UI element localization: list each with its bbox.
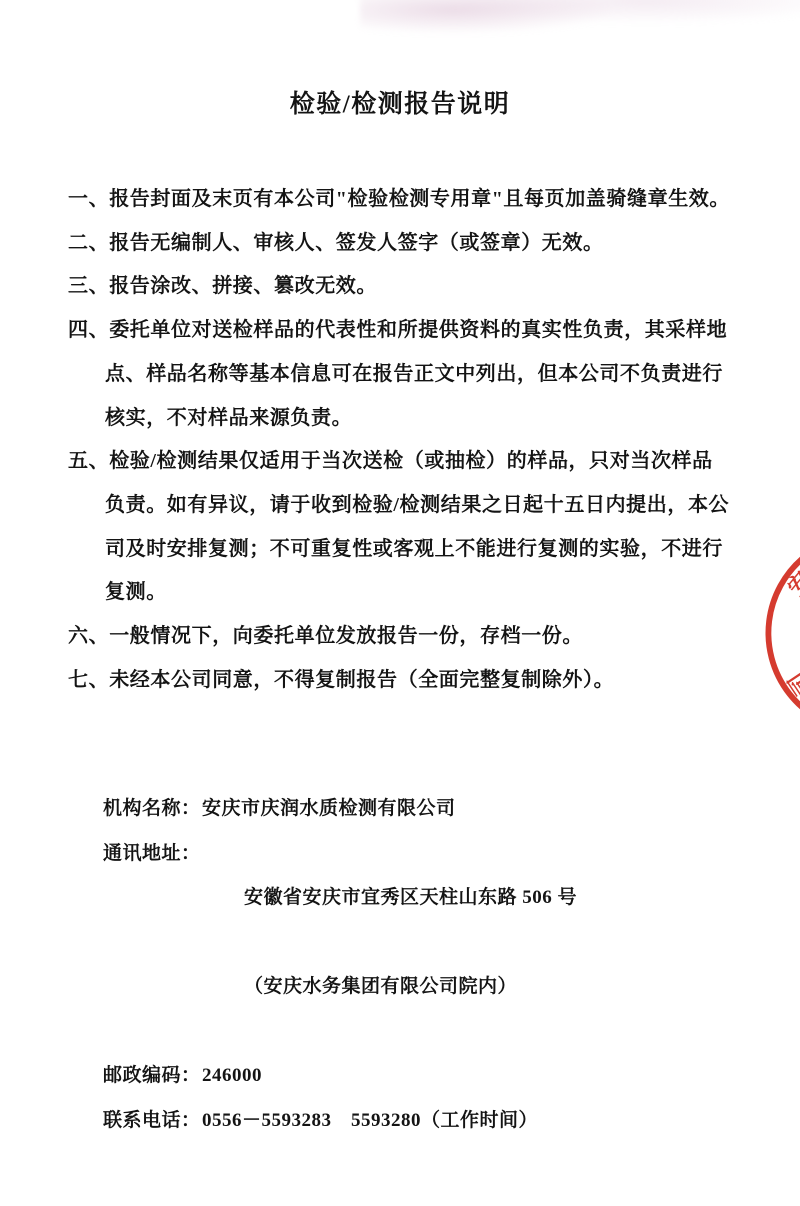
item-number: 一、 [68, 188, 109, 210]
item-text: 报告封面及末页有本公司"检验检测专用章"且每页加盖骑缝章生效。 [109, 188, 730, 210]
item-number: 二、 [68, 232, 109, 254]
item-number: 七、 [68, 669, 109, 691]
list-item: 六、一般情况下，向委托单位发放报告一份，存档一份。 [68, 615, 730, 659]
contact-label: 通讯地址： [103, 832, 202, 877]
contact-section: 机构名称： 安庆市庆润水质检测有限公司 通讯地址： 安徽省安庆市宜秀区天柱山东路… [103, 787, 577, 1143]
contact-value: 安庆市庆润水质检测有限公司 [202, 787, 456, 832]
contact-label: 机构名称： [103, 787, 202, 832]
contact-label: 联系电话： [103, 1099, 202, 1144]
report-notes-page: 检验/检测报告说明 一、报告封面及末页有本公司"检验检测专用章"且每页加盖骑缝章… [0, 0, 800, 1206]
contact-row-org-name: 机构名称： 安庆市庆润水质检测有限公司 [103, 787, 577, 832]
item-text: 报告无编制人、审核人、签发人签字（或签章）无效。 [109, 232, 603, 254]
ink-bleed-smudge [360, 0, 800, 36]
item-number: 六、 [68, 625, 109, 647]
seal-ring [757, 523, 800, 743]
list-item: 三、报告涂改、拼接、篡改无效。 [68, 265, 730, 309]
company-seal: 安庆市庆润水质检测有限公司 检验检测专用章 [749, 515, 800, 751]
contact-row-address: 通讯地址： 安徽省安庆市宜秀区天柱山东路 506 号 （安庆水务集团有限公司院内… [103, 832, 577, 1055]
address-line-1: 安徽省安庆市宜秀区天柱山东路 506 号 [244, 887, 577, 908]
item-text: 未经本公司同意，不得复制报告（全面完整复制除外）。 [109, 669, 614, 691]
list-item: 一、报告封面及末页有本公司"检验检测专用章"且每页加盖骑缝章生效。 [68, 178, 730, 222]
item-number: 四、 [68, 319, 109, 341]
list-item: 二、报告无编制人、审核人、签发人签字（或签章）无效。 [68, 222, 730, 266]
list-item: 四、委托单位对送检样品的代表性和所提供资料的真实性负责，其采样地点、样品名称等基… [68, 309, 730, 440]
list-item: 七、未经本公司同意，不得复制报告（全面完整复制除外）。 [68, 659, 730, 703]
contact-value: 246000 [202, 1054, 262, 1099]
contact-row-postal-code: 邮政编码： 246000 [103, 1054, 577, 1099]
item-text: 检验/检测结果仅适用于当次送检（或抽检）的样品，只对当次样品负责。如有异议，请于… [105, 450, 729, 603]
item-text: 报告涂改、拼接、篡改无效。 [109, 275, 377, 297]
contact-value: 安徽省安庆市宜秀区天柱山东路 506 号 （安庆水务集团有限公司院内） [202, 832, 577, 1055]
item-number: 五、 [68, 450, 109, 472]
page-title: 检验/检测报告说明 [0, 84, 800, 120]
contact-label: 邮政编码： [103, 1054, 202, 1099]
item-number: 三、 [68, 275, 109, 297]
list-item: 五、检验/检测结果仅适用于当次送检（或抽检）的样品，只对当次样品负责。如有异议，… [68, 440, 730, 615]
item-text: 一般情况下，向委托单位发放报告一份，存档一份。 [109, 625, 583, 647]
report-notes-list: 一、报告封面及末页有本公司"检验检测专用章"且每页加盖骑缝章生效。 二、报告无编… [68, 178, 730, 702]
address-line-2: （安庆水务集团有限公司院内） [244, 976, 517, 997]
contact-row-phone: 联系电话： 0556－5593283 5593280（工作时间） [103, 1099, 577, 1144]
item-text: 委托单位对送检样品的代表性和所提供资料的真实性负责，其采样地点、样品名称等基本信… [105, 319, 727, 428]
contact-value: 0556－5593283 5593280（工作时间） [202, 1099, 538, 1144]
